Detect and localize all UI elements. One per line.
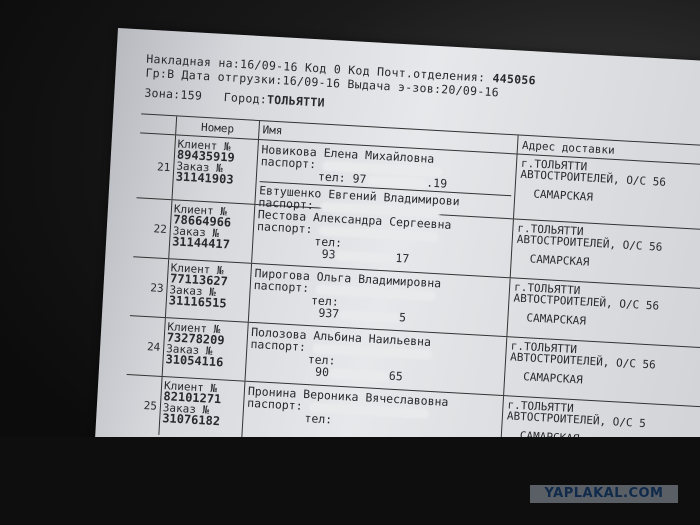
header-line-3: Зона:159 Город:ТОЛЬЯТТИ — [144, 86, 325, 110]
phone-end: .19 — [426, 175, 448, 190]
number-cell: Клиент № 77113627 Заказ № 31116515 — [165, 259, 251, 322]
phone-start: 937 — [318, 306, 340, 321]
redacted-phone — [335, 250, 395, 263]
delivery-receipt: Накладная на:16/09-16 Код 0 Код Почт.отд… — [95, 28, 700, 483]
row-index: 25 — [123, 375, 161, 435]
phone-start: 90 — [315, 365, 330, 380]
passport-label: паспорт: — [250, 337, 306, 354]
redacted-phone — [366, 175, 426, 188]
city-label: Город: — [223, 90, 267, 106]
redacted-phone — [329, 368, 389, 381]
city: ТОЛЬЯТТИ — [267, 92, 325, 109]
order-number: 31076182 — [162, 411, 220, 428]
order-number: 31144417 — [172, 234, 230, 251]
number-cell: Клиент № 73278209 Заказ № 31054116 — [162, 318, 248, 381]
number-cell: Клиент № 89435919 Заказ № 31141903 — [172, 135, 258, 204]
orders-table: Номер Имя Адрес доставки 21 Клиент № 894… — [123, 113, 700, 466]
order-number: 31141903 — [175, 169, 233, 186]
number-cell: Клиент № 78664966 Заказ № 31144417 — [168, 200, 254, 263]
watermark: YAPLAKAL.COM — [530, 485, 678, 503]
phone-start: 97 — [352, 171, 367, 186]
phone-label: тел: — [304, 411, 332, 427]
address-region: САМАРСКАЯ — [512, 311, 700, 334]
row-index: 21 — [137, 133, 176, 199]
phone-end: 65 — [388, 369, 403, 384]
passport-label: паспорт: — [247, 396, 303, 413]
order-number: 31116515 — [168, 293, 226, 310]
redacted-phone — [339, 309, 399, 322]
address-cell: г.ТОЛЬЯТТИ АВТОСТРОИТЕЛЕЙ, О/С 56 САМАРС… — [513, 154, 700, 230]
index-header — [140, 114, 176, 134]
address-region: САМАРСКАЯ — [519, 188, 700, 211]
zone: Зона:159 — [144, 86, 202, 103]
phone-start: 93 — [321, 247, 336, 262]
row-index: 23 — [130, 257, 168, 317]
row-index: 22 — [133, 198, 171, 258]
row-index: 24 — [127, 316, 165, 376]
address-region: САМАРСКАЯ — [509, 370, 700, 393]
number-cell: Клиент № 82101271 Заказ № 31076182 — [158, 377, 244, 440]
passport-label: паспорт: — [260, 154, 316, 171]
address-region: САМАРСКАЯ — [515, 253, 700, 276]
phone-end: 5 — [399, 310, 407, 324]
phone-label: тел: — [318, 169, 346, 185]
table-surface — [0, 437, 700, 525]
order-number: 31054116 — [165, 352, 223, 369]
phone-end: 17 — [395, 251, 410, 266]
